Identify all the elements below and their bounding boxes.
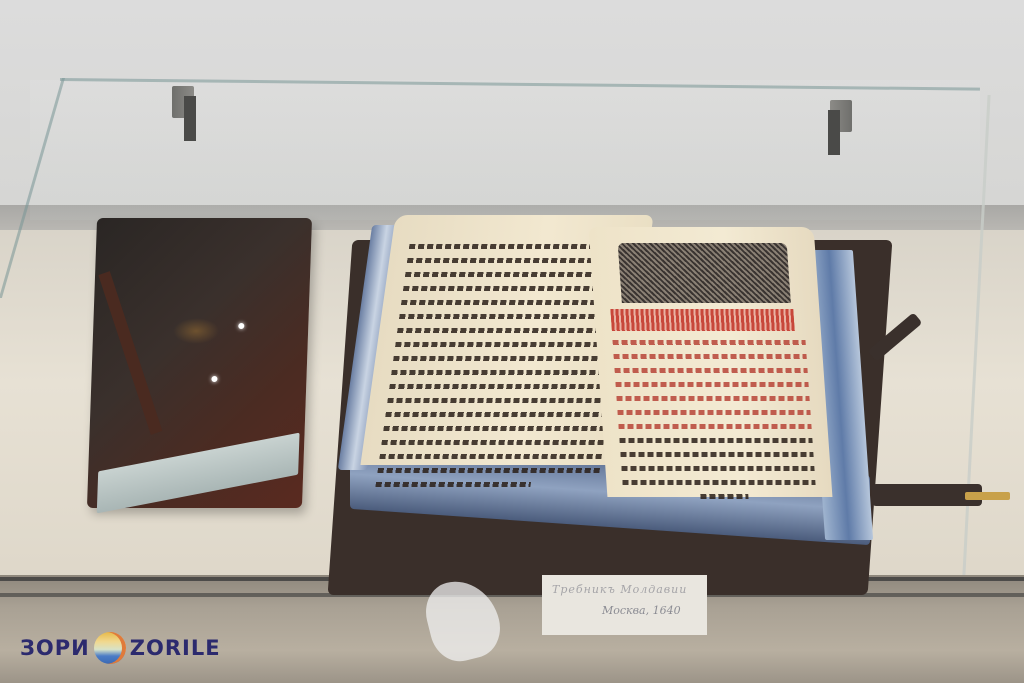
label-title: Требникъ Молдавии (552, 583, 697, 596)
closed-book-strap (98, 271, 162, 435)
closed-book-ornament (173, 318, 220, 344)
light-reflection (211, 376, 217, 382)
red-title-band (610, 309, 795, 331)
closed-book (87, 218, 312, 508)
watermark-cyrillic: ЗОРИ (20, 636, 90, 660)
sun-boat-logo-icon (94, 632, 126, 664)
light-reflection (238, 323, 244, 329)
watermark-latin: ZORILE (130, 636, 221, 660)
closed-book-page-edges (97, 433, 300, 514)
museum-display-photo: Требникъ Молдавии Москва, 1640 ЗОРИ ZORI… (0, 0, 1024, 683)
hinge-right-icon (828, 100, 852, 155)
hinge-left-icon (172, 86, 196, 141)
ornamental-headpiece (618, 243, 791, 303)
label-place-date: Москва, 1640 (552, 604, 697, 617)
exhibit-label-card: Требникъ Молдавии Москва, 1640 (542, 575, 707, 635)
open-book (340, 215, 870, 600)
zorile-watermark: ЗОРИ ZORILE (20, 632, 221, 664)
brass-clasp-tip (965, 492, 1010, 500)
open-book-right-page (589, 227, 833, 497)
